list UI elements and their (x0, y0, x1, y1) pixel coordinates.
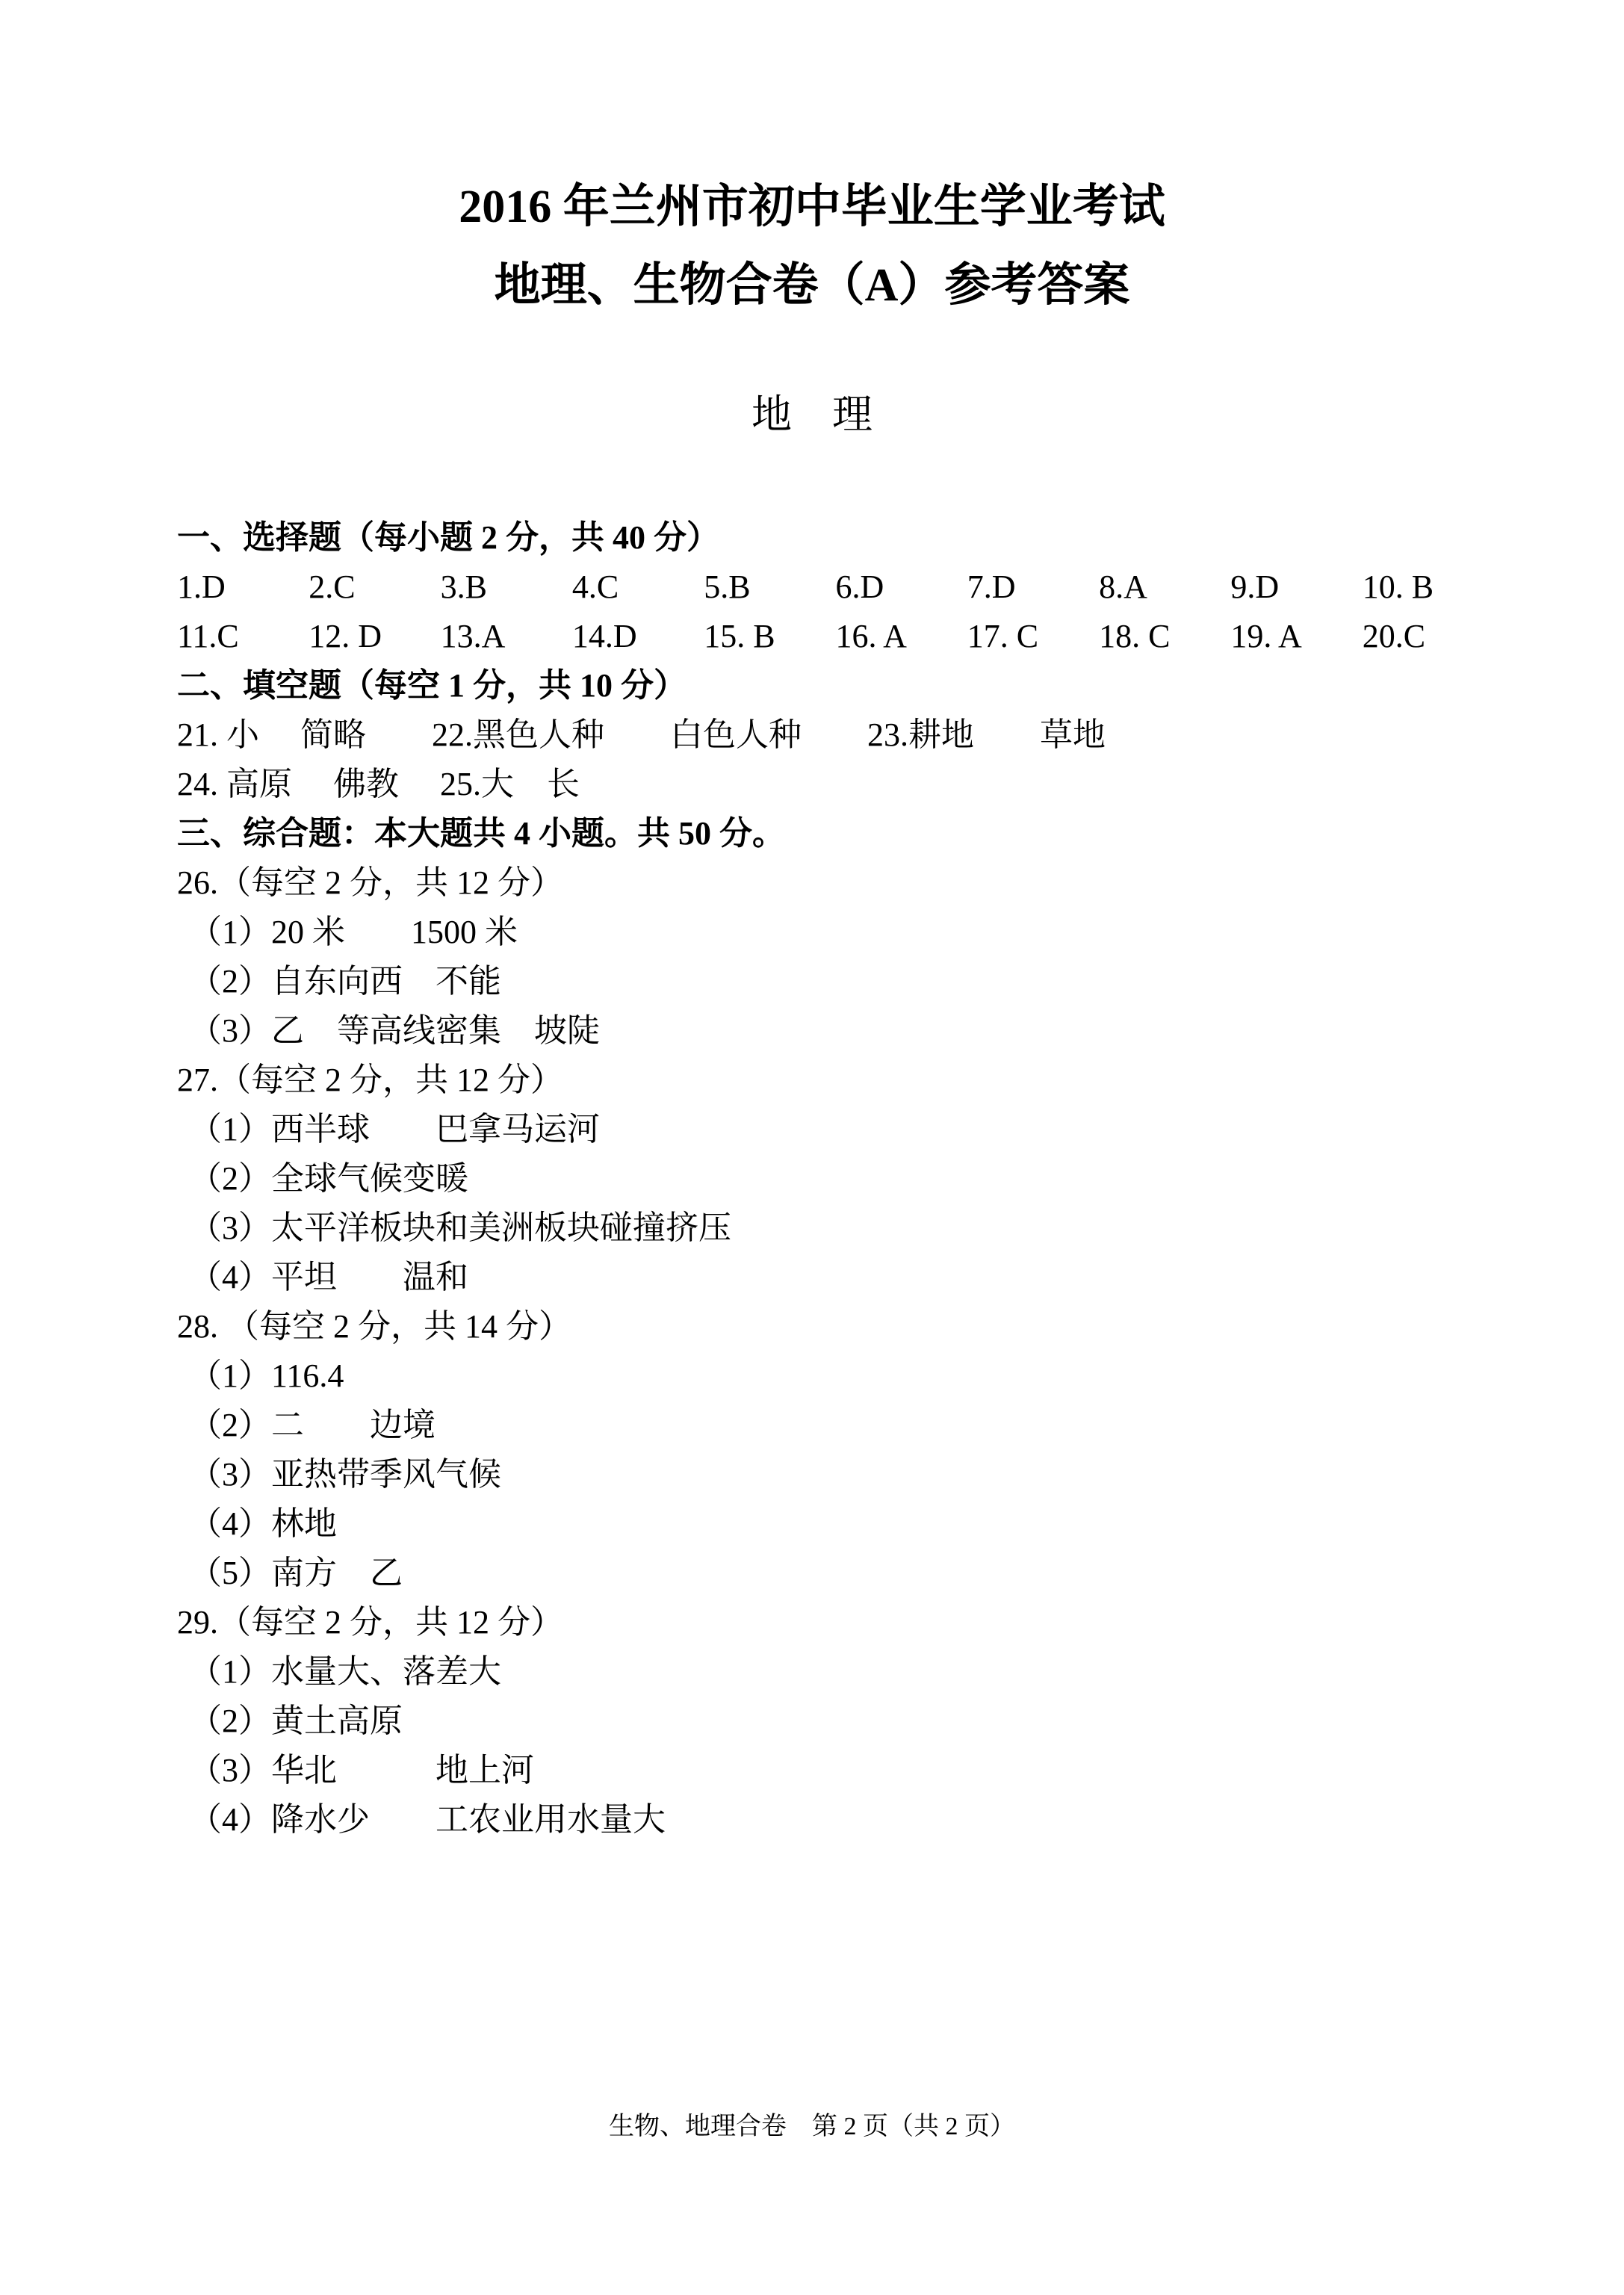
choice-answer-5: 5.B (704, 563, 835, 612)
choice-answer-6: 6.D (836, 563, 967, 612)
question-27-header: 27.（每空 2 分，共 12 分） (177, 1056, 1494, 1105)
question-28-answer-4: （4）林地 (177, 1499, 1494, 1549)
choice-section-heading: 一、选择题（每小题 2 分，共 40 分） (177, 513, 1494, 563)
choice-answer-18: 18. C (1099, 612, 1230, 661)
question-26-answer-3: （3）乙 等高线密集 坡陡 (177, 1006, 1494, 1056)
choice-answer-7: 7.D (967, 563, 1099, 612)
choice-answer-2: 2.C (309, 563, 440, 612)
choice-answer-15: 15. B (704, 612, 835, 661)
question-29-answer-3: （3）华北 地上河 (177, 1746, 1494, 1795)
document-title-line2: 地理、生物合卷（A）参考答案 (0, 247, 1624, 325)
answer-key-content: 一、选择题（每小题 2 分，共 40 分） 1.D 2.C 3.B 4.C 5.… (0, 513, 1624, 1845)
choice-answer-3: 3.B (441, 563, 572, 612)
question-27-answer-2: （2）全球气候变暖 (177, 1154, 1494, 1204)
question-27-answer-4: （4）平坦 温和 (177, 1253, 1494, 1302)
question-29-answer-4: （4）降水少 工农业用水量大 (177, 1795, 1494, 1845)
choice-answer-9: 9.D (1230, 563, 1362, 612)
question-28-header: 28. （每空 2 分，共 14 分） (177, 1302, 1494, 1351)
choice-answer-19: 19. A (1230, 612, 1362, 661)
question-26-header: 26.（每空 2 分，共 12 分） (177, 858, 1494, 908)
choice-answer-13: 13.A (441, 612, 572, 661)
question-29-answer-1: （1）水量大、落差大 (177, 1647, 1494, 1697)
choice-answers-row-1: 1.D 2.C 3.B 4.C 5.B 6.D 7.D 8.A 9.D 10. … (177, 563, 1494, 612)
subject-heading: 地 理 (0, 377, 1624, 452)
choice-answer-10: 10. B (1363, 563, 1494, 612)
choice-answer-1: 1.D (177, 563, 309, 612)
question-28-answer-5: （5）南方 乙 (177, 1549, 1494, 1598)
blank-section-heading: 二、填空题（每空 1 分，共 10 分） (177, 661, 1494, 710)
question-27-answer-1: （1）西半球 巴拿马运河 (177, 1105, 1494, 1154)
question-29-answer-2: （2）黄土高原 (177, 1697, 1494, 1746)
choice-answer-20: 20.C (1363, 612, 1494, 661)
choice-answer-14: 14.D (572, 612, 704, 661)
choice-answers-row-2: 11.C 12. D 13.A 14.D 15. B 16. A 17. C 1… (177, 612, 1494, 661)
comprehensive-section-heading: 三、综合题：本大题共 4 小题。共 50 分。 (177, 809, 1494, 858)
choice-answer-16: 16. A (836, 612, 967, 661)
page-footer: 生物、地理合卷 第 2 页（共 2 页） (0, 2112, 1624, 2142)
document-title-block: 2016 年兰州市初中毕业生学业考试 地理、生物合卷（A）参考答案 (0, 168, 1624, 325)
choice-answer-4: 4.C (572, 563, 704, 612)
choice-answer-12: 12. D (309, 612, 440, 661)
document-title-line1: 2016 年兰州市初中毕业生学业考试 (0, 168, 1624, 247)
choice-answer-8: 8.A (1099, 563, 1230, 612)
document-page: 2016 年兰州市初中毕业生学业考试 地理、生物合卷（A）参考答案 地 理 一、… (0, 0, 1624, 2295)
question-28-answer-3: （3）亚热带季风气候 (177, 1450, 1494, 1499)
choice-answer-11: 11.C (177, 612, 309, 661)
question-26-answer-2: （2）自东向西 不能 (177, 957, 1494, 1006)
question-26-answer-1: （1）20 米 1500 米 (177, 908, 1494, 957)
question-27-answer-3: （3）太平洋板块和美洲板块碰撞挤压 (177, 1204, 1494, 1253)
question-29-header: 29.（每空 2 分，共 12 分） (177, 1598, 1494, 1647)
blank-answers-line-1: 21. 小 简略 22.黑色人种 白色人种 23.耕地 草地 (177, 710, 1494, 760)
blank-answers-line-2: 24. 高原 佛教 25.大 长 (177, 760, 1494, 809)
question-28-answer-2: （2）二 边境 (177, 1401, 1494, 1450)
choice-answer-17: 17. C (967, 612, 1099, 661)
question-28-answer-1: （1）116.4 (177, 1351, 1494, 1401)
